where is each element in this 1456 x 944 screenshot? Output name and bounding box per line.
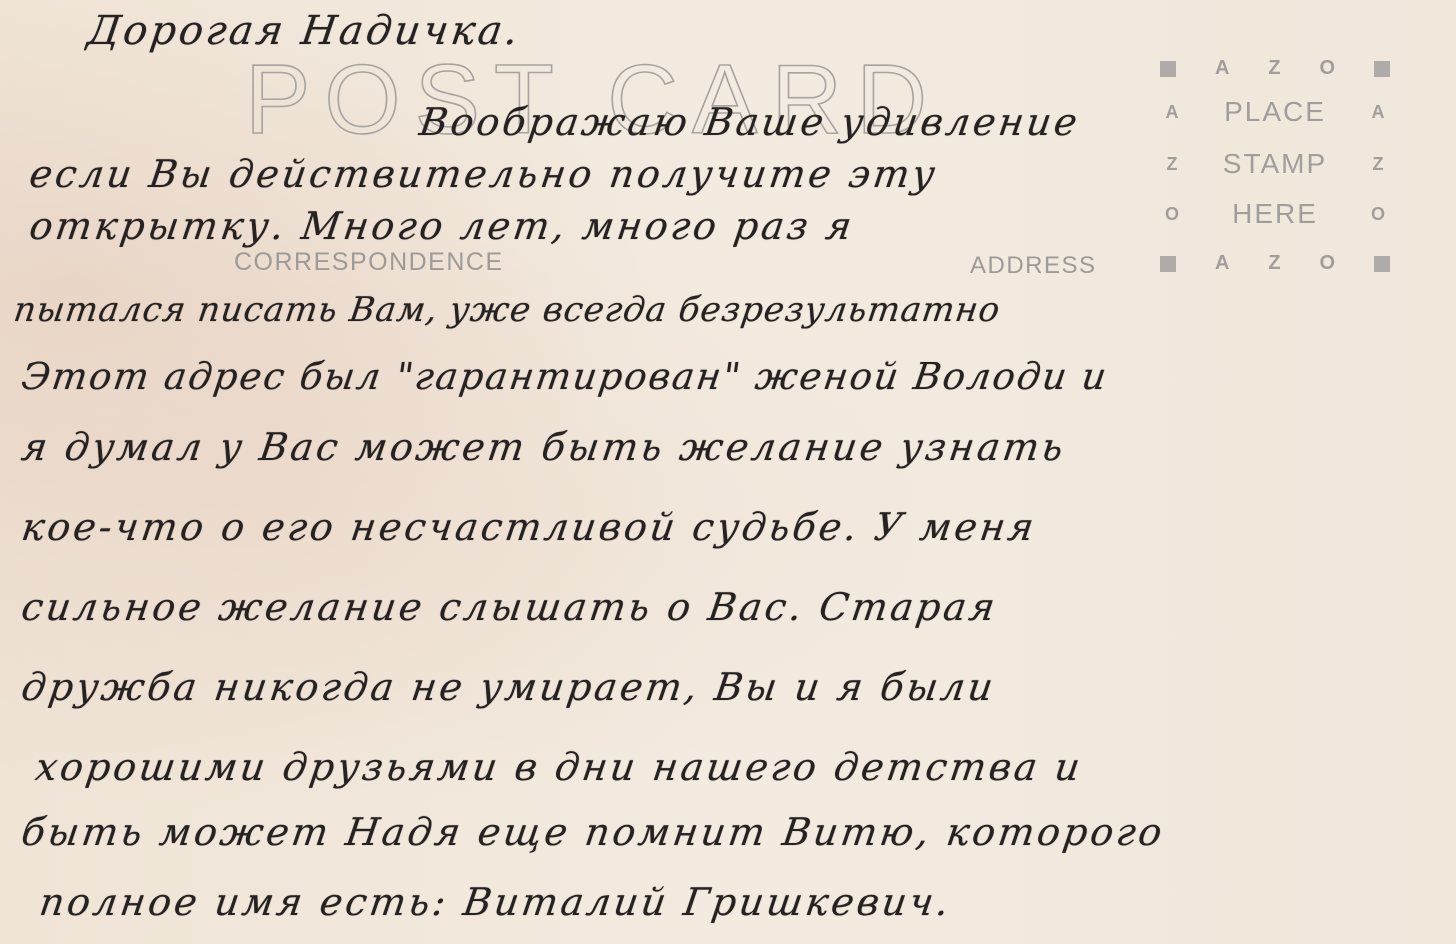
corner-square-icon (1160, 256, 1176, 272)
stamp-box-line: O HERE O (1160, 198, 1390, 230)
stamp-box: A Z O A PLACE A Z STAMP Z O HERE O A Z O (1160, 52, 1390, 280)
stamp-text-stamp: STAMP (1223, 148, 1327, 180)
handwritten-line: Этот адрес был "гарантирован" женой Воло… (19, 355, 1111, 398)
salutation: Дорогая Надичка. (85, 8, 524, 54)
stamp-letter: O (1319, 57, 1335, 80)
corner-square-icon (1374, 61, 1390, 77)
handwritten-line: кое-что о его несчастливой судьбе. У мен… (19, 505, 1040, 549)
handwritten-line: если Вы действительно получите эту (27, 152, 941, 196)
handwritten-line: сильное желание слышать о Вас. Старая (19, 585, 1001, 629)
corner-square-icon (1160, 61, 1176, 77)
handwritten-line: дружба никогда не умирает, Вы и я были (19, 665, 999, 709)
stamp-letter: A (1215, 57, 1229, 80)
stamp-letter: O (1160, 204, 1184, 225)
correspondence-label: CORRESPONDENCE (234, 248, 504, 277)
stamp-letter: Z (1160, 154, 1184, 175)
handwritten-line: открытку. Много лет, много раз я (27, 204, 857, 248)
handwritten-signature-line: полное имя есть: Виталий Гришкевич. (37, 880, 955, 924)
stamp-text-here: HERE (1232, 198, 1318, 230)
stamp-letter: A (1366, 102, 1390, 123)
stamp-box-top-row: A Z O (1160, 57, 1390, 80)
stamp-letter: O (1319, 252, 1335, 275)
stamp-letter: Z (1366, 154, 1390, 175)
stamp-letter: A (1215, 252, 1229, 275)
handwritten-line: я думал у Вас может быть желание узнать (19, 425, 1069, 469)
handwritten-line: хорошими друзьями в дни нашего детства и (33, 745, 1086, 789)
stamp-letter: A (1160, 102, 1184, 123)
address-label: ADDRESS (970, 252, 1097, 280)
handwritten-line: быть может Надя еще помнит Витю, которог… (19, 810, 1168, 854)
stamp-box-line: Z STAMP Z (1160, 148, 1390, 180)
stamp-letter: O (1366, 204, 1390, 225)
stamp-box-line: A PLACE A (1160, 96, 1390, 128)
handwritten-line: Воображаю Ваше удивление (417, 100, 1083, 144)
stamp-letter: Z (1268, 252, 1280, 275)
stamp-text-place: PLACE (1224, 96, 1326, 128)
corner-square-icon (1374, 256, 1390, 272)
stamp-letter: Z (1268, 57, 1280, 80)
handwritten-line: пытался писать Вам, уже всегда безрезуль… (11, 290, 1003, 330)
stamp-box-bottom-row: A Z O (1160, 252, 1390, 275)
